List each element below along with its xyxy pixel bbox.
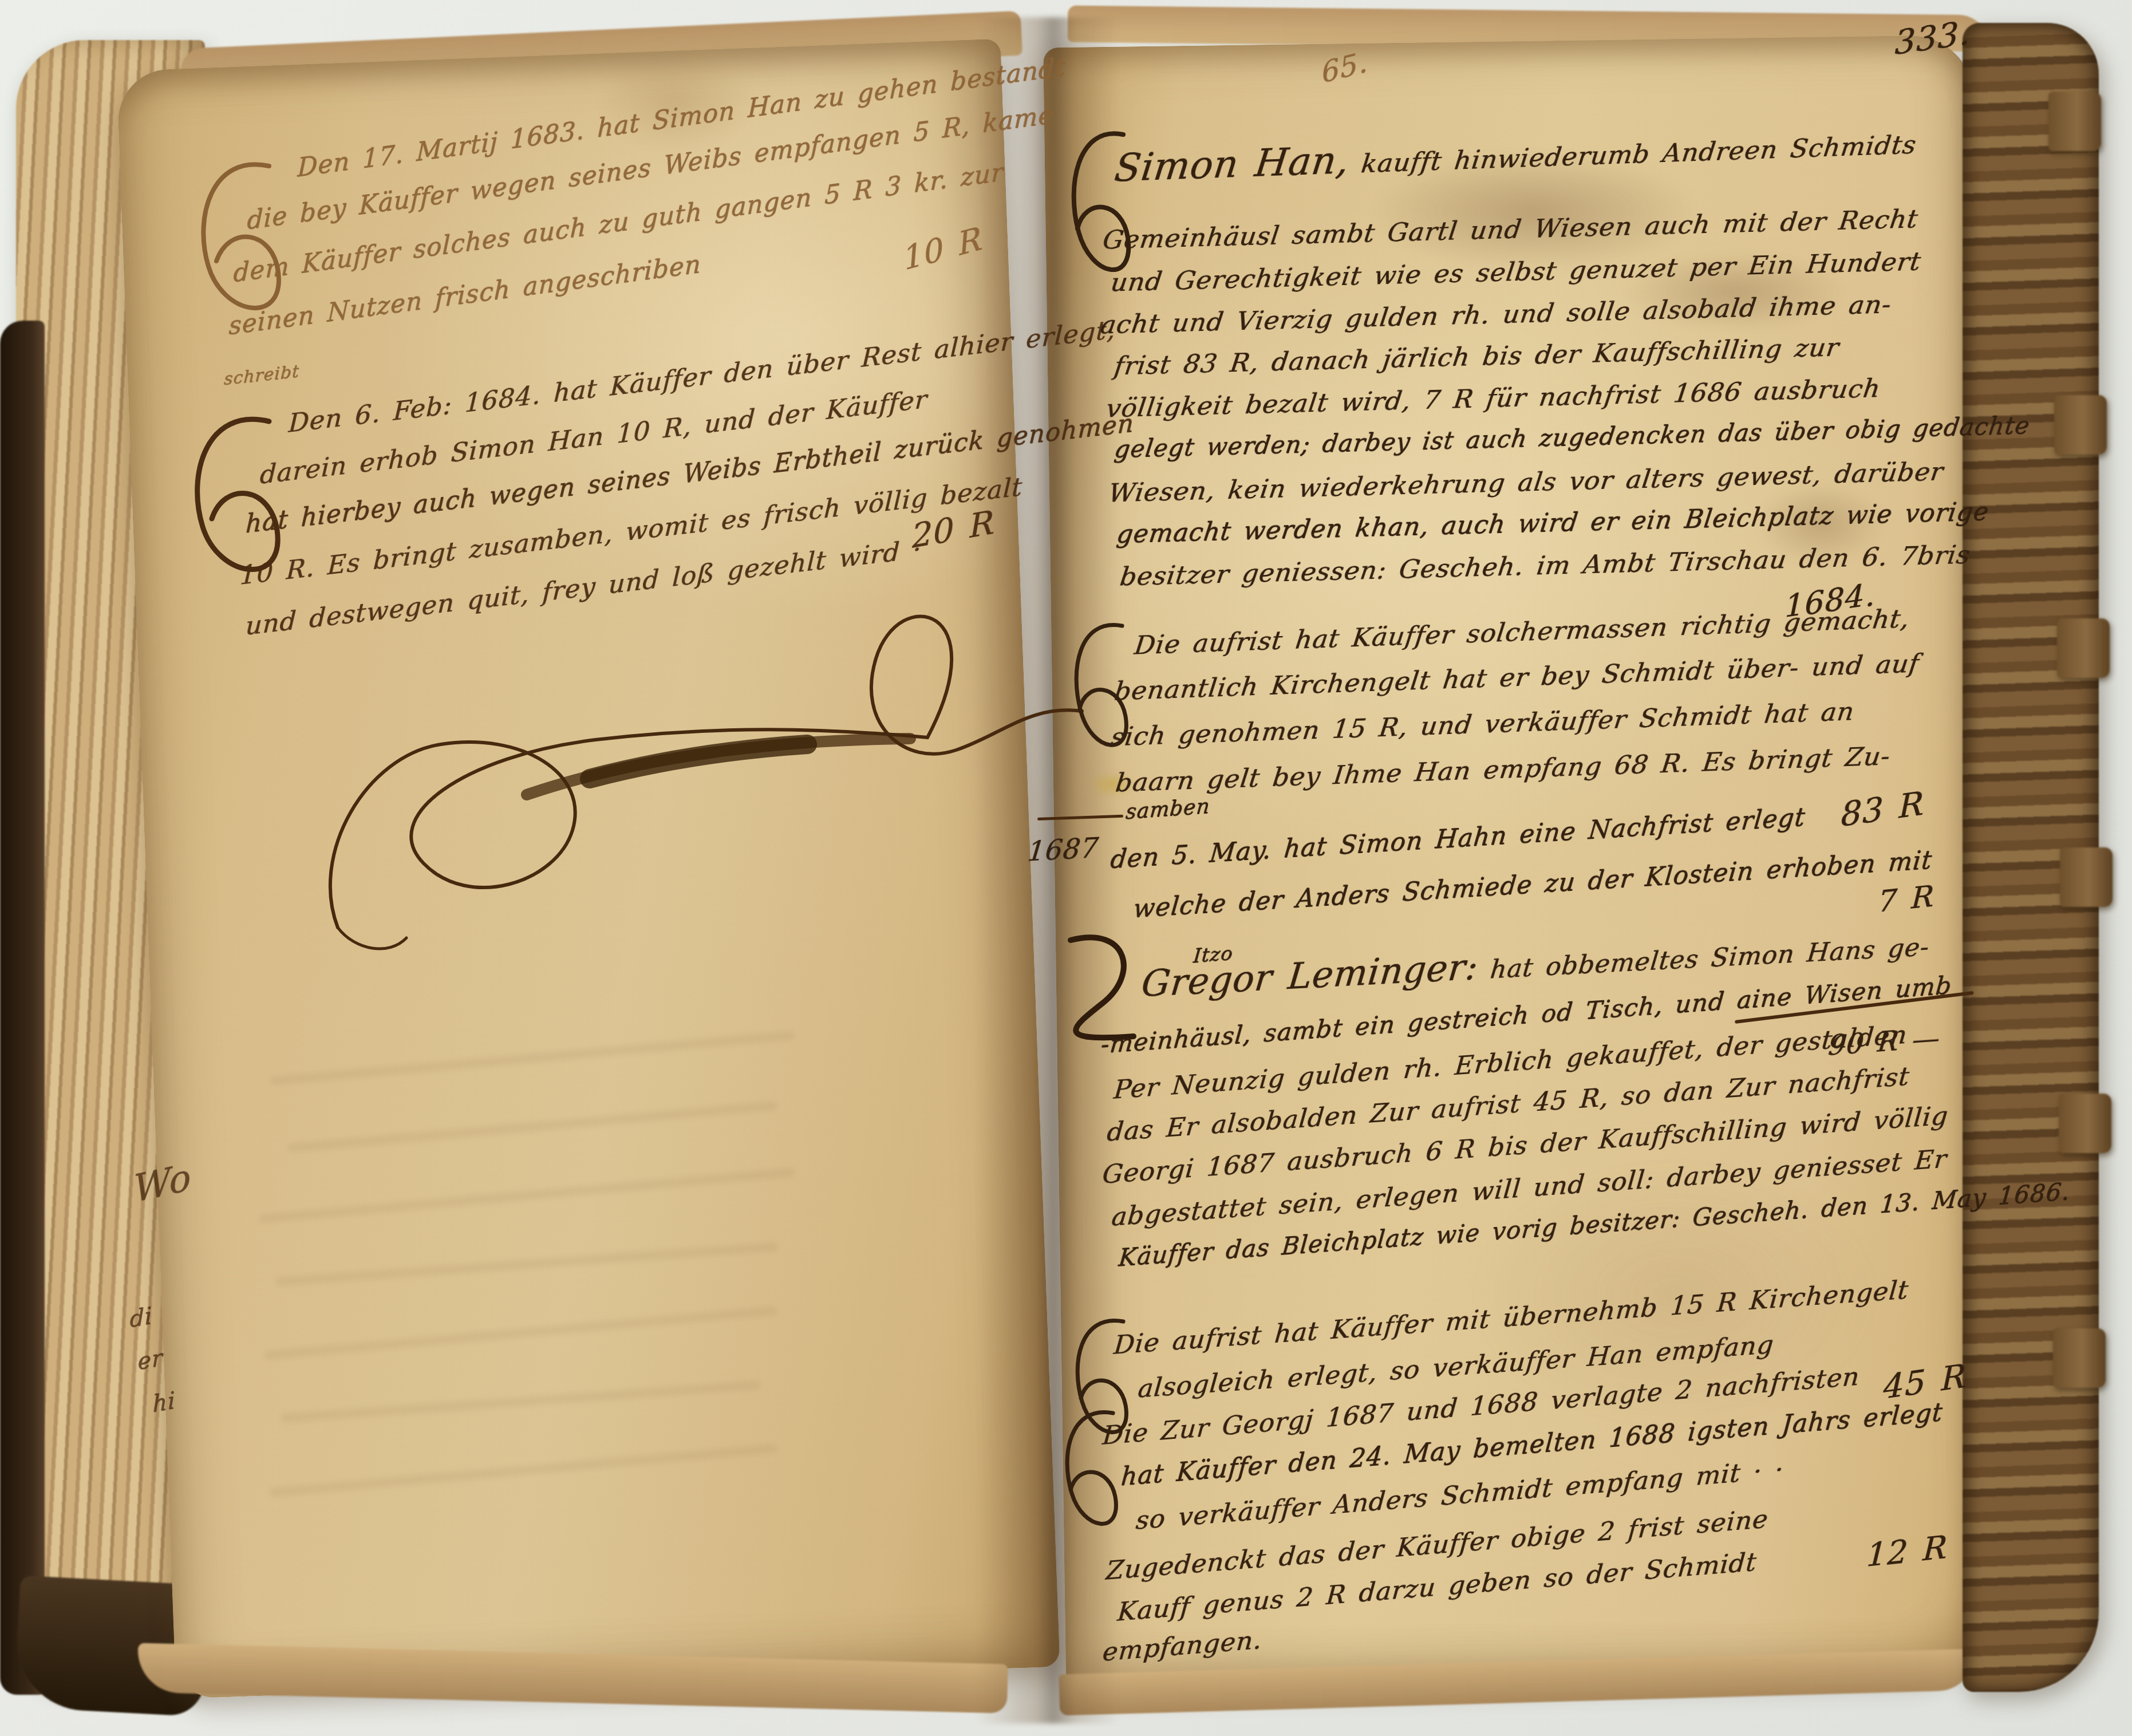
spine-fragment-text: di xyxy=(129,1303,153,1333)
index-tab xyxy=(2054,395,2107,455)
margin-year: 1687 xyxy=(1026,833,1100,868)
party-name: Simon Han, xyxy=(1112,138,1352,191)
fore-edge-page-block xyxy=(1963,23,2099,1692)
spine-fragment-text: hi xyxy=(152,1387,176,1418)
index-tab xyxy=(2057,618,2110,678)
index-tab xyxy=(2048,92,2101,151)
amount: 7 R xyxy=(1877,879,1935,920)
index-tab xyxy=(2060,847,2113,907)
index-tab xyxy=(2059,1094,2111,1153)
photo-of-manuscript: { "meta": { "transcription_note": "Handw… xyxy=(0,0,2132,1736)
book-cover-edge xyxy=(0,321,45,1695)
index-tab xyxy=(2053,1328,2106,1388)
spine-fragment-text: er xyxy=(137,1344,163,1375)
flourish-signature xyxy=(321,584,1088,973)
